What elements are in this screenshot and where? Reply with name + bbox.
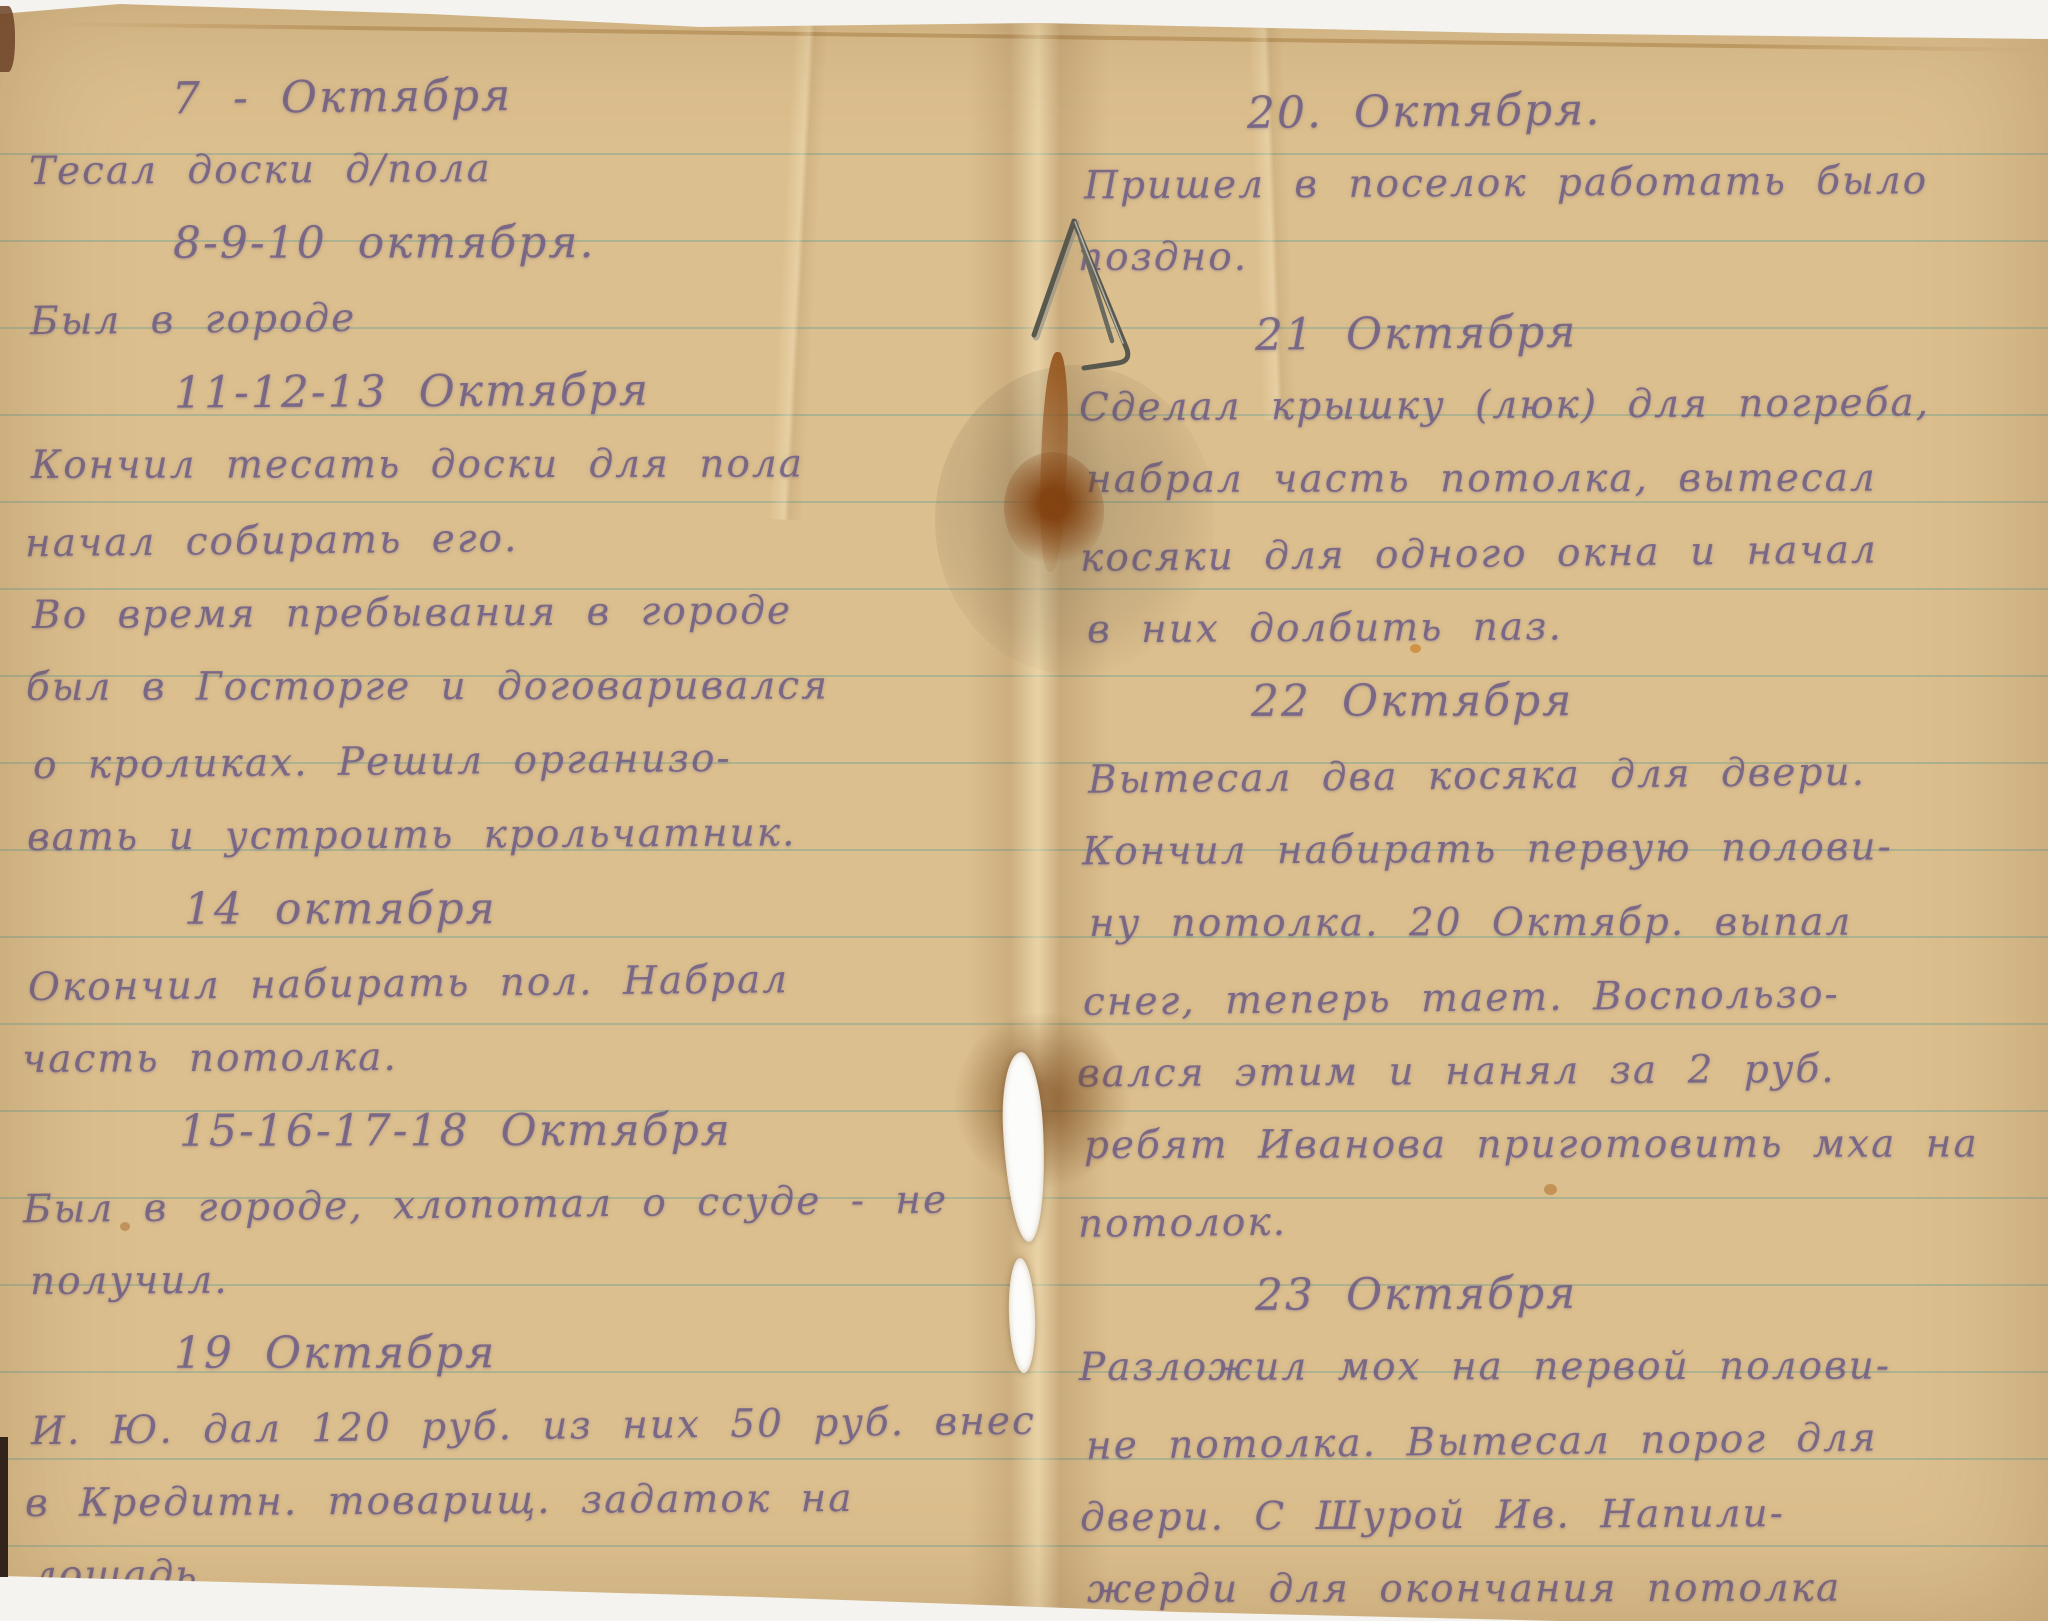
handwritten-line: 21 Октября	[1255, 289, 2048, 373]
handwritten-line: вать и устроить крольчатник.	[27, 795, 1012, 875]
handwritten-line: часть потолка.	[22, 1017, 1007, 1097]
handwritten-line: о кроликах. Решил организо-	[33, 719, 1019, 803]
handwritten-line: двери. С Шурой Ив. Напили-	[1080, 1475, 2048, 1556]
handwritten-line: 11-12-13 Октября	[174, 351, 1009, 430]
handwritten-line: 22 Октября	[1251, 663, 2048, 739]
handwritten-line: Окончил набирать пол. Набрал	[28, 941, 1014, 1025]
handwritten-line: не потолка. Вытесал порог для	[1086, 1398, 2048, 1484]
handwritten-line: косяки для одного окна и начал	[1080, 510, 2048, 596]
handwritten-line: Тесал доски д/пола	[29, 129, 1014, 209]
handwritten-line: вался этим и нанял за 2 руб.	[1077, 1031, 2048, 1112]
handwritten-line: Был в городе, хлопотал о ссуде - не	[23, 1163, 1009, 1247]
handwritten-line: ну потолка. 20 Октябр. выпал	[1089, 885, 2048, 961]
handwritten-line: лошадь	[32, 1537, 1017, 1613]
edge-stain	[0, 6, 15, 72]
handwritten-line: 15-16-17-18 Октября	[179, 1093, 1014, 1168]
handwritten-line: жерди для окончания потолка	[1087, 1551, 2048, 1621]
handwritten-line: в них долбить паз.	[1087, 587, 2048, 668]
handwritten-line: 7 - Октября	[172, 54, 1008, 137]
handwritten-line: Сделал крышку (люк) для погреба,	[1079, 365, 2048, 446]
handwritten-line: потолок.	[1078, 1176, 2048, 1262]
right-page-text: 20. Октября.Пришел в поселок работать бы…	[1083, 72, 2048, 1621]
handwritten-line: 19 Октября	[174, 1315, 1009, 1390]
handwritten-line: получил.	[30, 1239, 1015, 1319]
notebook-paper: 7 - ОктябряТесал доски д/пола8-9-10 октя…	[0, 0, 2048, 1621]
handwritten-line: начал собирать его.	[25, 497, 1011, 581]
handwritten-line: поздно.	[1078, 219, 2048, 295]
paperclip	[1012, 205, 1152, 385]
handwritten-line: Был в городе	[30, 275, 1016, 359]
handwritten-line: Кончил набирать первую полови-	[1082, 809, 2048, 890]
handwritten-line: был в Госторге и договаривался	[26, 649, 1011, 725]
handwritten-line: И. Ю. дал 120 руб. из них 50 руб. внес	[31, 1385, 1017, 1469]
rust-speck	[1410, 644, 1421, 653]
handwritten-line: Кончил тесать доски для пола	[31, 427, 1016, 503]
handwritten-line: 20. Октября.	[1247, 67, 2048, 151]
handwritten-line: 8-9-10 октября.	[173, 205, 1008, 280]
handwritten-line: 14 октября	[184, 871, 1019, 946]
scanned-diary-spread: 7 - ОктябряТесал доски д/пола8-9-10 октя…	[0, 0, 2048, 1621]
handwritten-line: Во время пребывания в городе	[32, 573, 1017, 653]
handwritten-line: 23 Октября	[1255, 1253, 2048, 1333]
handwritten-line: Разложил мох на первой полови-	[1079, 1329, 2048, 1405]
left-page-text: 7 - ОктябряТесал доски д/пола8-9-10 октя…	[28, 58, 1013, 1612]
edge-shadow	[0, 1437, 8, 1577]
handwritten-line: ребят Иванова приготовить мха на	[1084, 1107, 2048, 1183]
handwritten-line: Вытесал два косяка для двери.	[1088, 732, 2048, 818]
handwritten-line: снег, теперь тает. Воспользо-	[1083, 954, 2048, 1040]
rust-speck	[120, 1222, 130, 1231]
handwritten-line: в Кредитн. товарищ. задаток на	[25, 1461, 1010, 1541]
handwritten-line: набрал часть потолка, вытесал	[1086, 441, 2048, 517]
rust-speck	[1544, 1184, 1557, 1195]
handwritten-line: Пришел в поселок работать было	[1084, 143, 2048, 224]
